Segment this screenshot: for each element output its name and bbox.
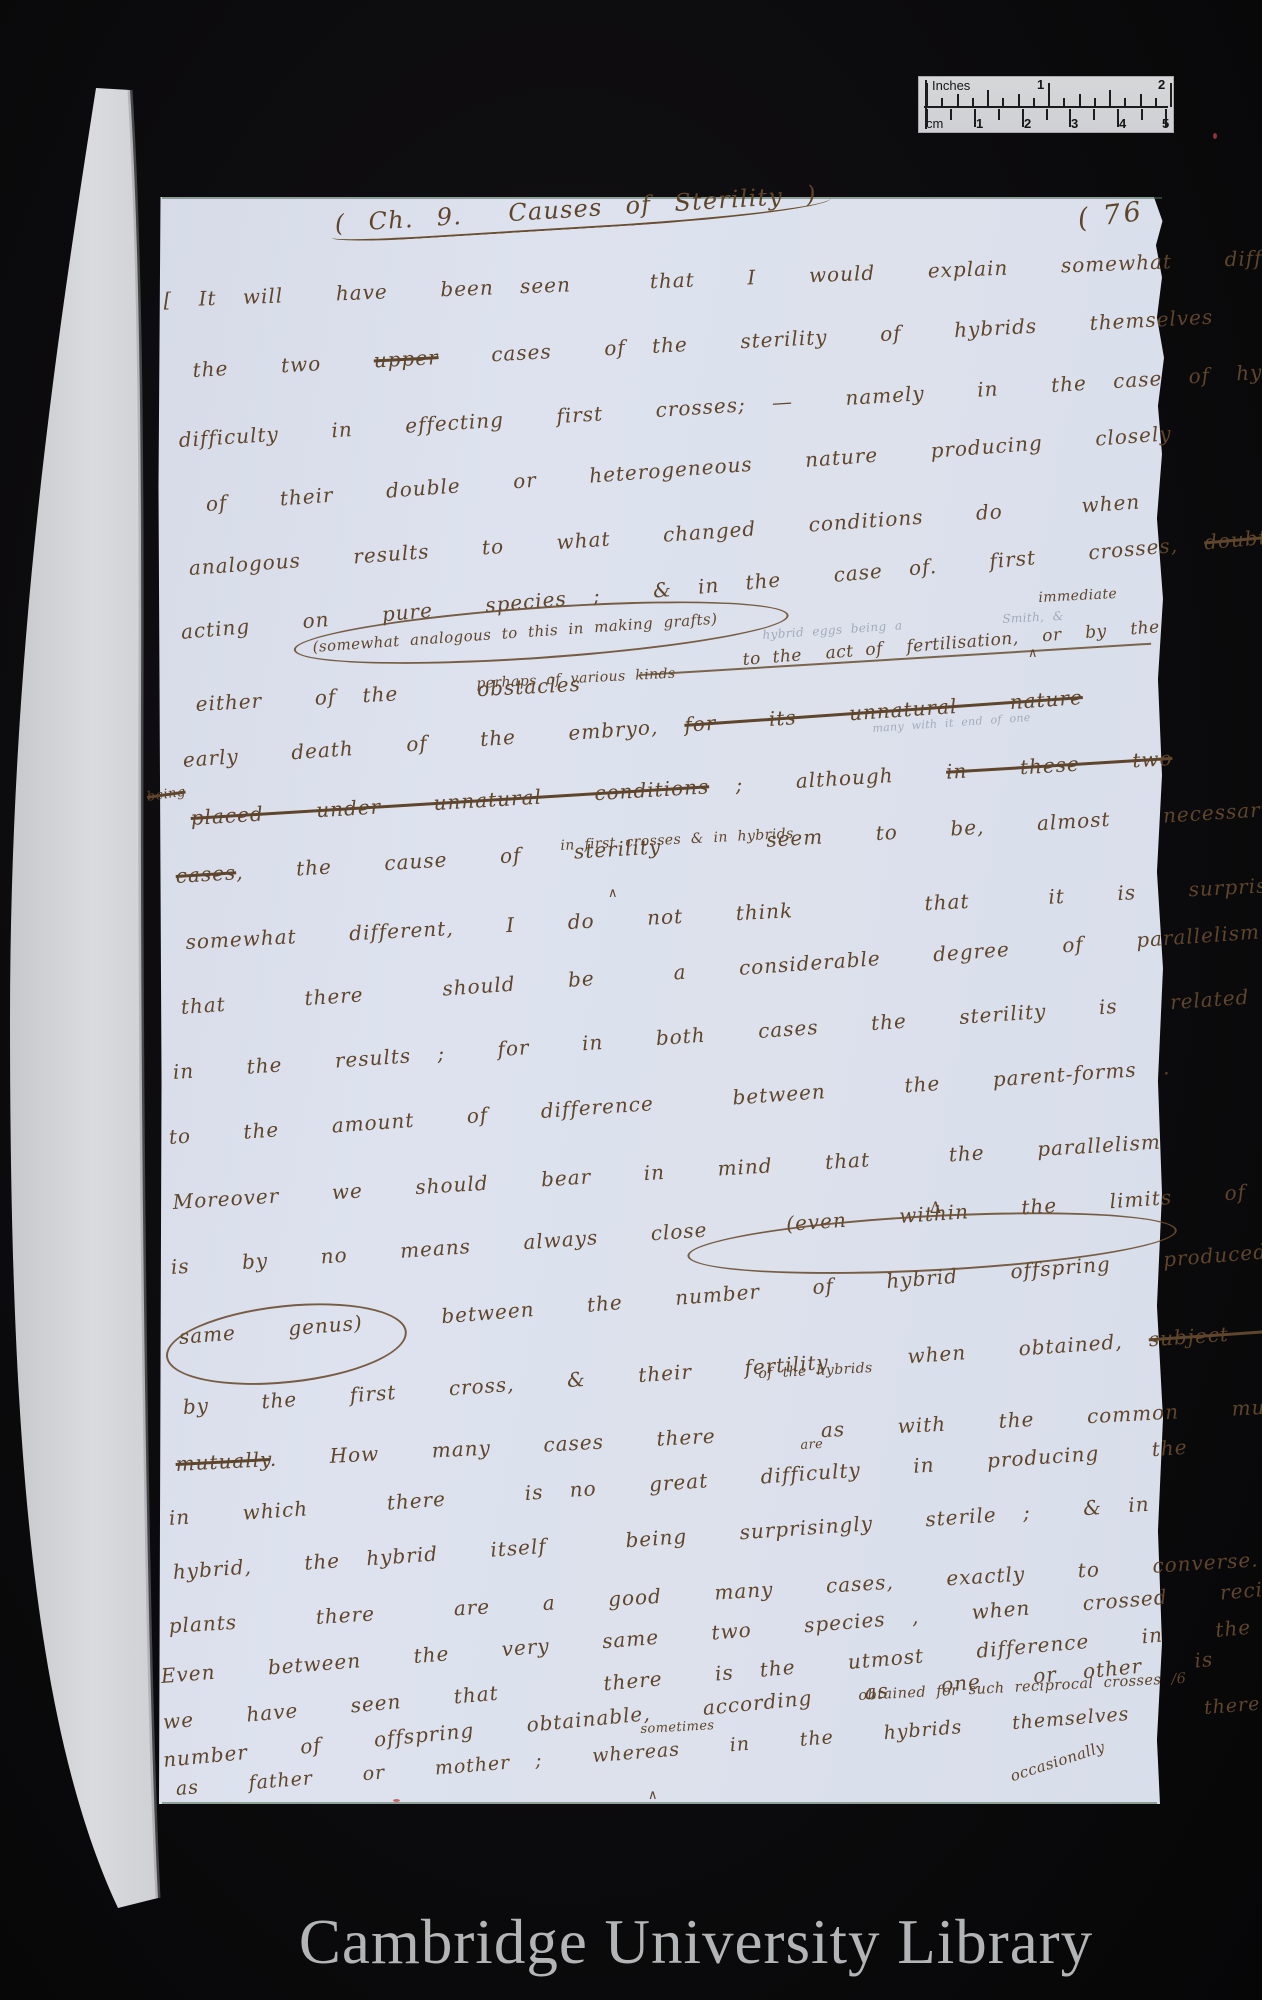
- ruler-tick: [1155, 98, 1157, 107]
- ruler-tick: [998, 109, 1000, 120]
- ruler-cm-number: 4: [1119, 117, 1126, 130]
- library-watermark: Cambridge University Library: [130, 1906, 1262, 1979]
- ruler-tick: [1063, 98, 1065, 107]
- ruler-tick: [1170, 83, 1172, 107]
- ink-blemish: [393, 1799, 400, 1802]
- ruler-tick: [1165, 109, 1167, 127]
- struck-text: upper: [373, 345, 439, 372]
- ruler-tick: [1124, 98, 1126, 107]
- ruler-tick: [926, 83, 928, 107]
- ruler-tick: [1140, 94, 1142, 107]
- ruler: Inches 1 2 cm 1 2 3 4 5: [918, 76, 1174, 133]
- ruler-tick: [972, 98, 974, 107]
- caret-mark: ∧: [648, 1788, 658, 1803]
- caret-mark: ∧: [1028, 646, 1038, 661]
- ruler-tick: [1109, 90, 1111, 107]
- caret-mark: ∧: [608, 886, 618, 901]
- ruler-midline: [924, 106, 1168, 108]
- ruler-tick: [1069, 109, 1071, 127]
- ruler-tick: [1117, 109, 1119, 127]
- ruler-tick: [950, 109, 952, 120]
- annotation-are: are: [800, 1437, 824, 1453]
- ruler-inches-label: Inches: [932, 79, 970, 92]
- ruler-tick: [1018, 94, 1020, 107]
- page-bottom-edge: [162, 1802, 1157, 1804]
- ruler-tick: [1093, 109, 1095, 120]
- ruler-tick: [941, 98, 943, 107]
- ink-blemish: [1213, 133, 1217, 139]
- ruler-inch-number: 1: [1037, 78, 1044, 91]
- ruler-tick: [1033, 98, 1035, 107]
- ruler-tick: [974, 109, 976, 127]
- ruler-tick: [1048, 83, 1050, 107]
- ruler-tick: [1079, 94, 1081, 107]
- ruler-cm-label: cm: [926, 117, 943, 130]
- ruler-tick: [926, 109, 928, 127]
- ruler-cm-number: 2: [1024, 117, 1031, 130]
- ruler-cm-number: 3: [1071, 117, 1078, 130]
- ruler-tick: [1022, 109, 1024, 127]
- ruler-cm-number: 1: [976, 117, 983, 130]
- struck-text: subject to: [1148, 1317, 1262, 1352]
- ruler-tick: [1141, 109, 1143, 120]
- ruler-tick: [1094, 98, 1096, 107]
- ruler-tick: [957, 94, 959, 107]
- ruler-tick: [1046, 109, 1048, 120]
- struck-text: cases: [175, 860, 237, 888]
- ruler-tick: [987, 90, 989, 107]
- ruler-inch-number: 2: [1158, 78, 1165, 91]
- ruler-tick: [1002, 98, 1004, 107]
- struck-text: doubtfully,: [1203, 520, 1262, 554]
- struck-text: mutually: [175, 1447, 270, 1476]
